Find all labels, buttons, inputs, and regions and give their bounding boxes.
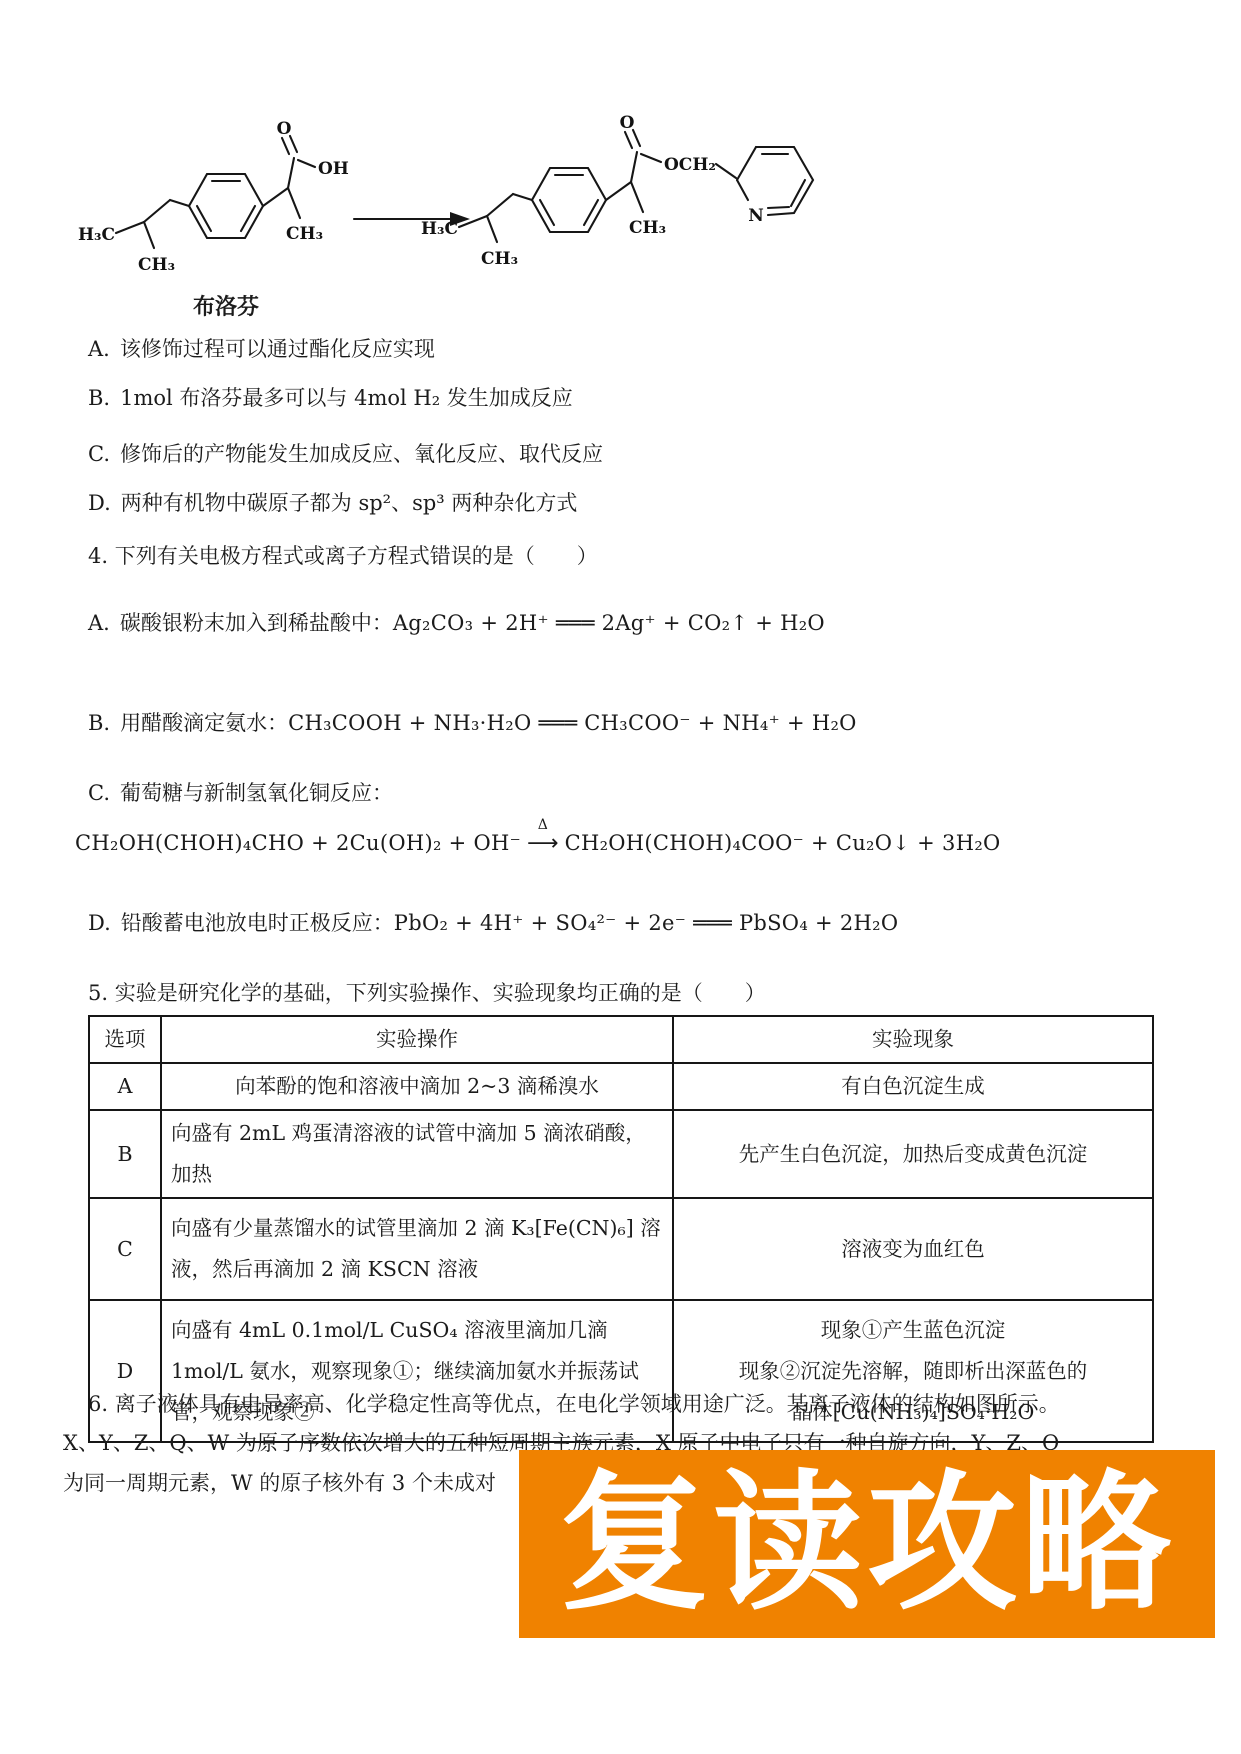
option-desc: 用醋酸滴定氨水： [120, 711, 288, 735]
q4-option-b: B.用醋酸滴定氨水：CH₃COOH + NH₃·H₂O ═══ CH₃COO⁻ … [88, 710, 857, 736]
option-text: 两种有机物中碳原子都为 sp²、sp³ 两种杂化方式 [121, 491, 578, 515]
option-desc: 葡萄糖与新制氢氧化铜反应： [120, 781, 393, 805]
option-label: B. [88, 711, 110, 735]
q3-option-c: C.修饰后的产物能发生加成反应、氧化反应、取代反应 [88, 441, 603, 467]
option-label: C. [88, 442, 110, 466]
q4-option-c: C.葡萄糖与新制氢氧化铜反应： [88, 780, 393, 806]
delta-condition: Δ [538, 817, 548, 835]
row-operation: 向盛有 2mL 鸡蛋清溶液的试管中滴加 5 滴浓硝酸，加热 [161, 1110, 673, 1198]
q3-option-d: D.两种有机物中碳原子都为 sp²、sp³ 两种杂化方式 [88, 490, 577, 516]
chem-equation: CH₃COOH + NH₃·H₂O ═══ CH₃COO⁻ + NH₄⁺ + H… [288, 711, 857, 735]
atom-label: CH₃ [629, 218, 666, 238]
row-option: D [89, 1300, 161, 1442]
option-label: B. [88, 386, 110, 410]
q6-stem-line1: 6. 离子液体具有电导率高、化学稳定性高等优点，在电化学领域用途广泛。某离子液体… [88, 1391, 1060, 1417]
atom-label: O [620, 113, 635, 133]
row-operation: 向苯酚的饱和溶液中滴加 2~3 滴稀溴水 [161, 1063, 673, 1110]
reaction-condition-arrow-icon: Δ⟶ [521, 830, 565, 858]
q3-option-a: A.该修饰过程可以通过酯化反应实现 [88, 336, 435, 362]
watermark-text: 复读攻略 [559, 1469, 1175, 1619]
molecule-caption: 布洛芬 [178, 290, 274, 321]
phenomenon-line: 现象②沉淀先溶解，随即析出深蓝色的 [683, 1351, 1143, 1392]
exam-page: H₃C CH₃ CH₃ O OH 布洛芬 H₃C CH₃ [0, 0, 1241, 1754]
option-desc: 铅酸蓄电池放电时正极反应： [121, 911, 394, 935]
q4-stem: 4. 下列有关电极方程式或离子方程式错误的是（ ） [88, 543, 598, 569]
col-header-phenomenon: 实验现象 [673, 1016, 1153, 1063]
ester-product-structure: H₃C CH₃ CH₃ O OCH₂ N [415, 112, 900, 287]
row-phenomenon: 先产生白色沉淀，加热后变成黄色沉淀 [673, 1110, 1153, 1198]
atom-label: OH [318, 159, 349, 179]
atom-label: H₃C [78, 225, 115, 245]
chem-equation: Ag₂CO₃ + 2H⁺ ═══ 2Ag⁺ + CO₂↑ + H₂O [393, 611, 825, 635]
table-row: C 向盛有少量蒸馏水的试管里滴加 2 滴 K₃[Fe(CN)₆] 溶液，然后再滴… [89, 1198, 1153, 1300]
atom-label: CH₃ [481, 249, 518, 269]
option-desc: 碳酸银粉末加入到稀盐酸中： [120, 611, 393, 635]
option-label: C. [88, 781, 110, 805]
atom-label: CH₃ [286, 224, 323, 244]
chem-equation-lhs: CH₂OH(CHOH)₄CHO + 2Cu(OH)₂ + OH⁻ [75, 831, 521, 855]
table-row: D 向盛有 4mL 0.1mol/L CuSO₄ 溶液里滴加几滴 1mol/L … [89, 1300, 1153, 1442]
q4-option-d: D.铅酸蓄电池放电时正极反应：PbO₂ + 4H⁺ + SO₄²⁻ + 2e⁻ … [88, 910, 898, 936]
atom-label: N [748, 206, 764, 226]
option-label: D. [88, 911, 111, 935]
q4-option-a: A.碳酸银粉末加入到稀盐酸中：Ag₂CO₃ + 2H⁺ ═══ 2Ag⁺ + C… [88, 610, 825, 636]
row-option: A [89, 1063, 161, 1110]
q3-option-b: B.1mol 布洛芬最多可以与 4mol H₂ 发生加成反应 [88, 385, 573, 411]
option-text: 1mol 布洛芬最多可以与 4mol H₂ 发生加成反应 [120, 386, 573, 410]
experiment-table: 选项 实验操作 实验现象 A 向苯酚的饱和溶液中滴加 2~3 滴稀溴水 有白色沉… [88, 1015, 1154, 1443]
watermark-banner: 复读攻略 [519, 1450, 1215, 1638]
atom-label: OCH₂ [664, 155, 716, 175]
table-row: A 向苯酚的饱和溶液中滴加 2~3 滴稀溴水 有白色沉淀生成 [89, 1063, 1153, 1110]
row-option: B [89, 1110, 161, 1198]
row-operation: 向盛有少量蒸馏水的试管里滴加 2 滴 K₃[Fe(CN)₆] 溶液，然后再滴加 … [161, 1198, 673, 1300]
option-text: 修饰后的产物能发生加成反应、氧化反应、取代反应 [120, 442, 603, 466]
chem-equation-rhs: CH₂OH(CHOH)₄COO⁻ + Cu₂O↓ + 3H₂O [565, 831, 1001, 855]
atom-label: H₃C [421, 219, 458, 239]
row-phenomenon: 现象①产生蓝色沉淀 现象②沉淀先溶解，随即析出深蓝色的 晶体[Cu(NH₃)₄]… [673, 1300, 1153, 1442]
row-phenomenon: 溶液变为血红色 [673, 1198, 1153, 1300]
option-label: D. [88, 491, 111, 515]
option-text: 该修饰过程可以通过酯化反应实现 [120, 337, 435, 361]
q6-stem-line3: 为同一周期元素，W 的原子核外有 3 个未成对 [63, 1470, 496, 1496]
atom-label: CH₃ [138, 255, 175, 275]
atom-label: O [277, 119, 292, 139]
ibuprofen-structure: H₃C CH₃ CH₃ O OH [72, 118, 372, 293]
table-header-row: 选项 实验操作 实验现象 [89, 1016, 1153, 1063]
table-row: B 向盛有 2mL 鸡蛋清溶液的试管中滴加 5 滴浓硝酸，加热 先产生白色沉淀，… [89, 1110, 1153, 1198]
phenomenon-line: 现象①产生蓝色沉淀 [683, 1310, 1143, 1351]
option-label: A. [88, 337, 110, 361]
option-label: A. [88, 611, 110, 635]
row-phenomenon: 有白色沉淀生成 [673, 1063, 1153, 1110]
row-option: C [89, 1198, 161, 1300]
row-operation: 向盛有 4mL 0.1mol/L CuSO₄ 溶液里滴加几滴 1mol/L 氨水… [161, 1300, 673, 1442]
q5-stem: 5. 实验是研究化学的基础，下列实验操作、实验现象均正确的是（ ） [88, 980, 766, 1006]
chem-equation: PbO₂ + 4H⁺ + SO₄²⁻ + 2e⁻ ═══ PbSO₄ + 2H₂… [394, 911, 899, 935]
col-header-option: 选项 [89, 1016, 161, 1063]
col-header-operation: 实验操作 [161, 1016, 673, 1063]
q4-option-c-equation: CH₂OH(CHOH)₄CHO + 2Cu(OH)₂ + OH⁻Δ⟶CH₂OH(… [75, 830, 1001, 858]
